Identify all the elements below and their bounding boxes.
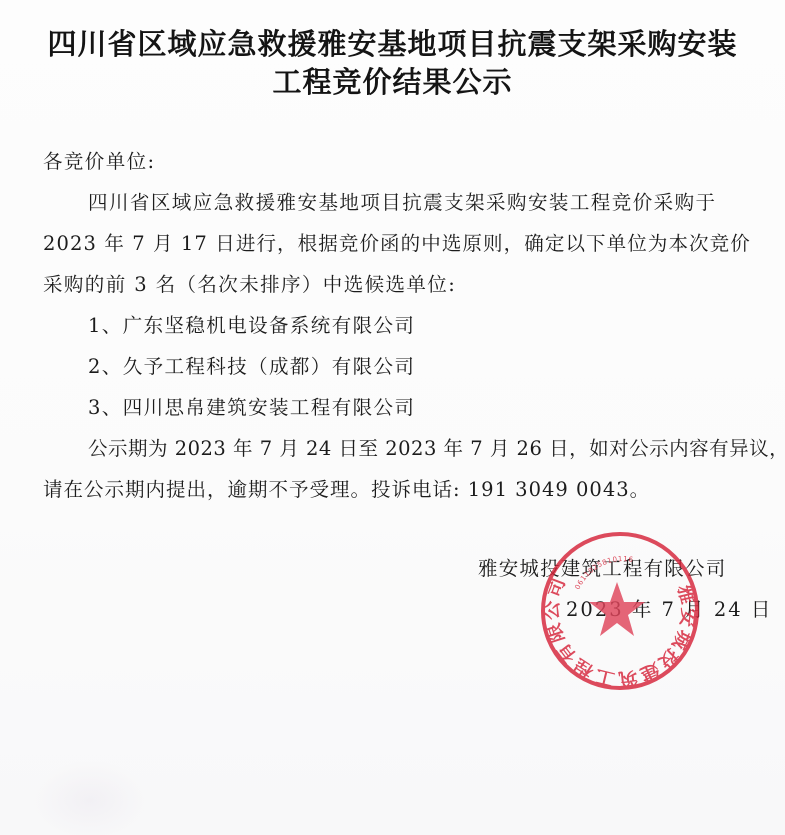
document-title-line-1: 四川省区域应急救援雅安基地项目抗震支架采购安装 xyxy=(0,22,785,63)
candidate-item: 2、久予工程科技（成都）有限公司 xyxy=(88,351,415,379)
paragraph-line: 采购的前 3 名（名次未排序）中选候选单位: xyxy=(43,269,456,297)
signature-date: 2023 年 7 月 24 日 xyxy=(566,594,772,622)
paragraph-line: 四川省区域应急救援雅安基地项目抗震支架采购安装工程竞价采购于 xyxy=(88,187,717,215)
candidate-item: 1、广东坚稳机电设备系统有限公司 xyxy=(88,310,415,338)
document-page: 四川省区域应急救援雅安基地项目抗震支架采购安装 工程竞价结果公示 各竞价单位: … xyxy=(0,0,785,835)
notice-line: 公示期为 2023 年 7 月 24 日至 2023 年 7 月 26 日，如对… xyxy=(88,433,785,461)
scan-smudge xyxy=(30,760,150,835)
paragraph-line: 2023 年 7 月 17 日进行，根据竞价函的中选原则，确定以下单位为本次竞价 xyxy=(43,228,751,256)
candidate-item: 3、四川思帛建筑安装工程有限公司 xyxy=(88,392,415,420)
document-title-line-2: 工程竞价结果公示 xyxy=(0,60,785,101)
salutation: 各竞价单位: xyxy=(43,146,155,174)
signature-organization: 雅安城投建筑工程有限公司 xyxy=(478,553,726,581)
notice-line: 请在公示期内提出，逾期不予受理。投诉电话: 191 3049 0043。 xyxy=(43,474,650,502)
